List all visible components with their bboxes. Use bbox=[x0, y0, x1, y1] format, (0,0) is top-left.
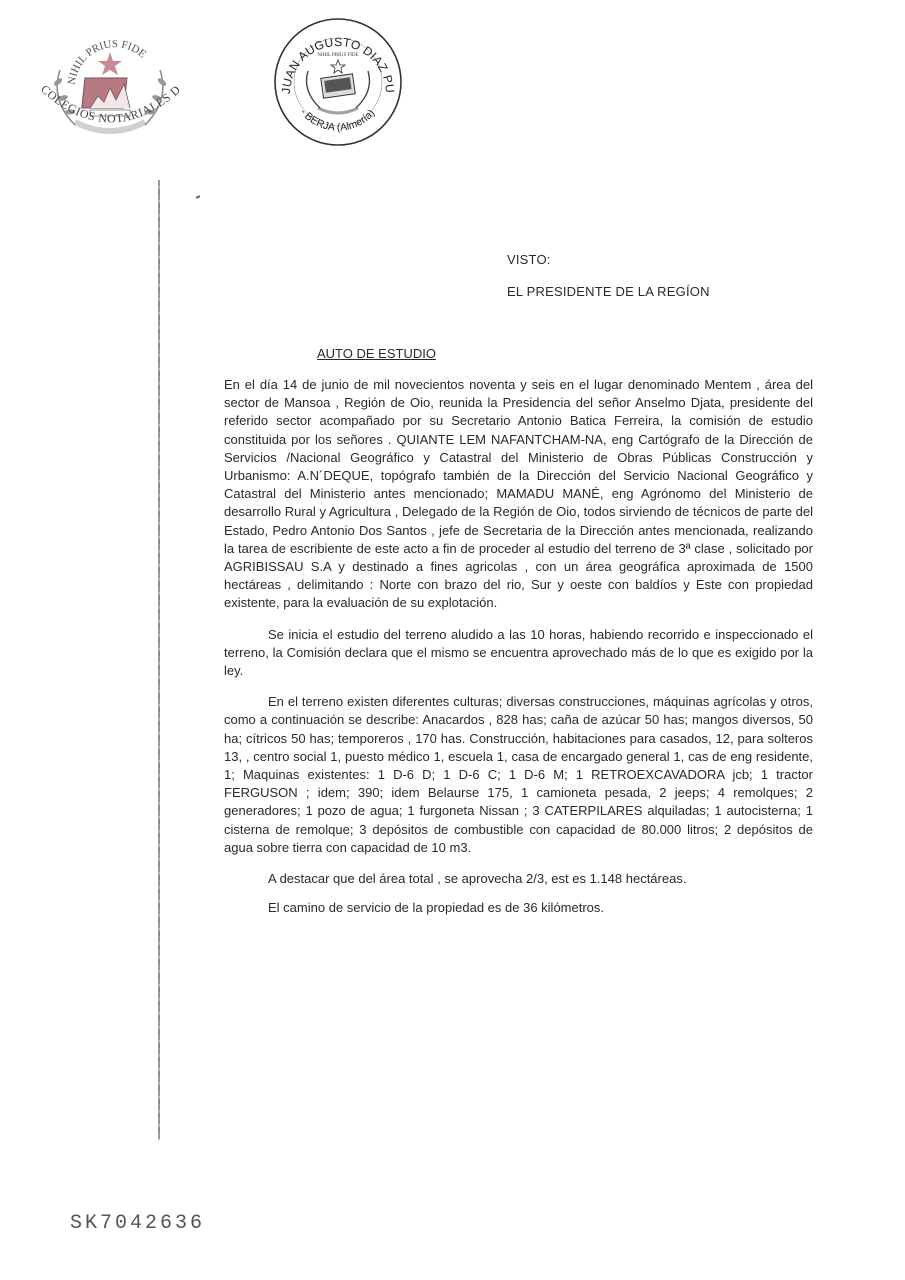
notary-stamp-icon: JUAN AUGUSTO DIAZ PUIG - NOTARIO - BERJA… bbox=[272, 16, 404, 148]
presidente-label: EL PRESIDENTE DE LA REGÍON bbox=[507, 284, 710, 299]
paragraph-inspection: Se inicia el estudio del terreno aludido… bbox=[224, 626, 813, 681]
paragraph-inventory: En el terreno existen diferentes cultura… bbox=[224, 693, 813, 857]
paragraph-road: El camino de servicio de la propiedad es… bbox=[224, 899, 813, 917]
paragraph-intro: En el día 14 de junio de mil novecientos… bbox=[224, 376, 813, 613]
margin-line bbox=[158, 180, 160, 1140]
notarial-seal-icon: NIHIL PRIUS FIDE COLEGIOS NOTARIALES DE … bbox=[30, 30, 190, 155]
svg-text:NIHIL PRIUS FIDE: NIHIL PRIUS FIDE bbox=[317, 53, 358, 58]
paragraph-area: A destacar que del área total , se aprov… bbox=[224, 870, 813, 888]
document-title: AUTO DE ESTUDIO bbox=[317, 346, 436, 361]
visto-label: VISTO: bbox=[507, 252, 551, 267]
scan-speck bbox=[196, 195, 200, 199]
document-body: En el día 14 de junio de mil novecientos… bbox=[224, 376, 813, 928]
serial-number: SK7042636 bbox=[70, 1212, 205, 1235]
